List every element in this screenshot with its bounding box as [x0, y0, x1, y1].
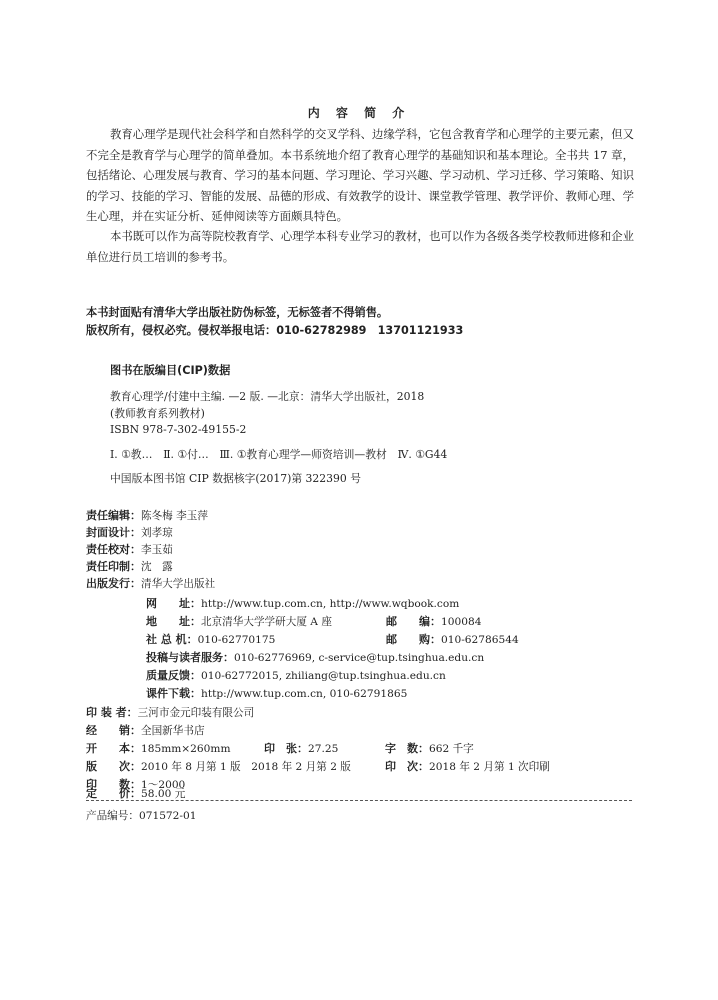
credit-label: 责任印制： [86, 560, 141, 573]
field-label: 网 址： [146, 597, 201, 610]
field-label: 产品编号： [86, 810, 139, 822]
sheets-info: 印 张：27.25 [264, 740, 338, 756]
intro-paragraph-1: 教育心理学是现代社会科学和自然科学的交叉学科、边缘学科，它包含教育学和心理学的主… [86, 124, 634, 227]
publisher-mail-order: 邮 购：010-62786544 [386, 631, 519, 647]
publisher-courseware: 课件下载：http://www.tup.com.cn, 010-62791865 [146, 685, 407, 701]
credit-value: 李玉茹 [141, 544, 173, 556]
section-divider [86, 800, 632, 801]
anti-counterfeit-notice: 本书封面贴有清华大学出版社防伪标签，无标签者不得销售。 [86, 304, 388, 320]
credit-proofreader: 责任校对：李玉茹 [86, 541, 173, 557]
field-value: 010-62772015, zhiliang@tup.tsinghua.edu.… [201, 670, 446, 682]
field-label: 字 数： [385, 742, 429, 755]
field-value: 全国新华书店 [141, 725, 205, 737]
format-info: 开 本：185mm×260mm [86, 740, 231, 756]
publisher-postcode: 邮 编：100084 [386, 613, 481, 629]
field-label: 社 总 机： [146, 633, 198, 646]
intro-paragraph-2: 本书既可以作为高等院校教育学、心理学本科专业学习的教材，也可以作为各级各类学校教… [86, 226, 634, 267]
courseware-link[interactable]: http://www.tup.com.cn, 010-62791865 [201, 688, 407, 700]
field-value: 010-62770175 [198, 634, 276, 646]
credit-label: 责任校对： [86, 543, 141, 556]
field-value: 2010 年 8 月第 1 版 2018 年 2 月第 2 版 [141, 761, 351, 773]
publisher-switchboard: 社 总 机：010-62770175 [146, 631, 275, 647]
field-label: 邮 购： [386, 633, 441, 646]
product-code: 产品编号：071572-01 [86, 808, 196, 823]
field-label: 质量反馈： [146, 669, 201, 682]
field-value: 2018 年 2 月第 1 次印刷 [429, 761, 550, 773]
price-info: 定 价：58.00 元 [86, 785, 185, 801]
credit-value: 陈冬梅 李玉萍 [141, 510, 208, 522]
cip-record: 中国版本图书馆 CIP 数据核字(2017)第 322390 号 [110, 471, 361, 486]
field-label: 定 价： [86, 787, 141, 800]
credit-print-supervisor: 责任印制：沈 露 [86, 558, 173, 574]
field-value: 071572-01 [139, 810, 197, 822]
publisher-website: 网 址：http://www.tup.com.cn, http://www.wq… [146, 595, 459, 611]
field-value: 662 千字 [429, 743, 474, 755]
page-title: 内 容 简 介 [0, 104, 718, 121]
field-label: 开 本： [86, 742, 141, 755]
cip-heading: 图书在版编目(CIP)数据 [110, 362, 230, 378]
field-value: 三河市金元印装有限公司 [138, 707, 255, 719]
credit-value: 沈 露 [141, 561, 173, 573]
field-value: 100084 [441, 616, 481, 628]
field-label: 经 销： [86, 724, 141, 737]
field-label: 投稿与读者服务： [146, 651, 234, 664]
impression-info: 印 次：2018 年 2 月第 1 次印刷 [385, 758, 550, 774]
field-label: 版 次： [86, 760, 141, 773]
cip-line-1: 教育心理学/付建中主编. —2 版. —北京：清华大学出版社，2018 [110, 389, 424, 404]
copyright-notice: 版权所有，侵权必究。侵权举报电话：010-62782989 1370112193… [86, 322, 463, 338]
field-label: 课件下载： [146, 687, 201, 700]
credit-publisher: 出版发行：清华大学出版社 [86, 575, 215, 591]
field-value: 27.25 [308, 743, 338, 755]
field-value: 010-62786544 [441, 634, 519, 646]
distributor-info: 经 销：全国新华书店 [86, 722, 205, 738]
publisher-submission: 投稿与读者服务：010-62776969, c-service@tup.tsin… [146, 649, 484, 665]
credit-label: 出版发行： [86, 577, 141, 590]
credit-label: 责任编辑： [86, 509, 141, 522]
field-value: 185mm×260mm [141, 743, 231, 755]
field-label: 邮 编： [386, 615, 441, 628]
cip-line-2: (教师教育系列教材) [110, 406, 205, 421]
field-label: 地 址： [146, 615, 201, 628]
credit-editor: 责任编辑：陈冬梅 李玉萍 [86, 507, 208, 523]
credit-label: 封面设计： [86, 526, 141, 539]
field-value: 北京清华大学学研大厦 A 座 [201, 616, 332, 628]
field-value: 58.00 元 [141, 788, 185, 800]
edition-info: 版 次：2010 年 8 月第 1 版 2018 年 2 月第 2 版 [86, 758, 351, 774]
credit-value: 清华大学出版社 [141, 578, 215, 590]
field-label: 印 张： [264, 742, 308, 755]
website-link[interactable]: http://www.tup.com.cn, http://www.wqbook… [201, 598, 459, 610]
cip-classification: Ⅰ. ①教… Ⅱ. ①付… Ⅲ. ①教育心理学—师资培训—教材 Ⅳ. ①G44 [110, 447, 447, 462]
word-count-info: 字 数：662 千字 [385, 740, 474, 756]
field-value: 010-62776969, c-service@tup.tsinghua.edu… [234, 652, 484, 664]
printer-info: 印 装 者：三河市金元印装有限公司 [86, 704, 254, 720]
publisher-address: 地 址：北京清华大学学研大厦 A 座 [146, 613, 332, 629]
credit-cover-design: 封面设计：刘孝琼 [86, 524, 173, 540]
cip-isbn: ISBN 978-7-302-49155-2 [110, 423, 246, 436]
publisher-feedback: 质量反馈：010-62772015, zhiliang@tup.tsinghua… [146, 667, 446, 683]
field-label: 印 装 者： [86, 706, 138, 719]
field-label: 印 次： [385, 760, 429, 773]
credit-value: 刘孝琼 [141, 527, 173, 539]
